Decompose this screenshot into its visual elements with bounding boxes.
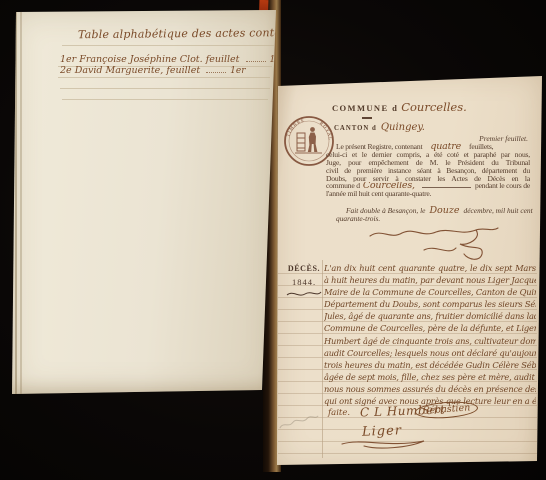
print-text: commune d xyxy=(326,182,360,190)
print-text: pendant le cours de xyxy=(475,182,530,190)
stacked-sheet-edge xyxy=(15,8,17,396)
flourish-icon xyxy=(285,288,323,300)
act-line: L'an dix huit cent quarante quatre, le d… xyxy=(324,263,536,275)
ruled-line xyxy=(62,99,268,100)
preamble-line: l'année mil huit cent quarante-quatre. xyxy=(326,190,530,198)
dotted-leader xyxy=(246,61,266,62)
toc-entry: 1er Françoise Joséphine Clot. feuillet 1… xyxy=(60,54,242,65)
act-line: Département du Doubs, sont comparus les … xyxy=(324,299,536,311)
toc-entry: 2e David Marguerite, feuillet 1er xyxy=(60,65,242,76)
entry-label: feuillet xyxy=(166,65,200,76)
print-text: décembre, mil huit cent xyxy=(464,207,533,215)
commune-label: COMMUNE d xyxy=(332,103,398,113)
hand-word: quatre xyxy=(430,143,461,150)
signature-flourish-icon xyxy=(338,436,428,450)
deces-label: DÉCÈS. xyxy=(284,264,324,273)
canton-value: Quingey. xyxy=(381,122,425,133)
print-text: feuillets, xyxy=(469,143,493,151)
act-line: Maire de la Commune de Courcelles, Canto… xyxy=(324,287,536,299)
act-line: Humbert âgé de cinquante trois ans, cult… xyxy=(324,336,536,348)
canton-label: CANTON d xyxy=(334,125,377,132)
preamble-line: civil de première instance séant à Besan… xyxy=(326,167,530,175)
right-page: TIMBRE ROYAL COMMUNE d Courcelles. CANTO… xyxy=(276,72,544,468)
act-closing-word: faite. xyxy=(328,408,350,418)
preamble-line: commune d Courcelles, pendant le cours d… xyxy=(326,182,530,190)
margin-act-label: DÉCÈS. 1844. xyxy=(284,264,324,305)
hand-word: Courcelles, xyxy=(363,182,415,189)
entry-label: feuillet xyxy=(206,54,240,65)
commune-line: COMMUNE d Courcelles. xyxy=(332,100,467,114)
ruled-line xyxy=(58,77,270,78)
canton-line: CANTON d Quingey. xyxy=(334,122,425,133)
preamble-line: celui-ci et le dernier compris, a été co… xyxy=(326,151,530,159)
stamp-column xyxy=(297,133,305,151)
act-line: Jules, âgé de quarante ans, fruitier dom… xyxy=(324,311,536,323)
stamp-figure xyxy=(308,127,318,152)
folio-note: Premier feuillet. xyxy=(424,134,528,143)
preamble-line: Juge, pour empêchement de M. le Présiden… xyxy=(326,159,530,167)
act-line: âgée de sept mois, fille, chez ses père … xyxy=(324,372,536,384)
print-text: Le présent Registre, contenant xyxy=(326,143,422,151)
entry-folio: 1er xyxy=(230,66,245,76)
hand-word: Douze xyxy=(429,207,459,215)
entry-name: David Marguerite, xyxy=(75,65,164,76)
heading-dash xyxy=(362,117,372,119)
death-act-text: L'an dix huit cent quarante quatre, le d… xyxy=(324,263,536,408)
stacked-sheet-edge xyxy=(20,8,22,396)
preamble-line: Doubs, pour servir à constater les Actes… xyxy=(326,175,530,183)
ruled-line xyxy=(60,88,270,89)
preamble-line: Le présent Registre, contenant quatre fe… xyxy=(326,143,530,151)
blank-rule xyxy=(422,187,471,188)
act-line: nous nous sommes assurés du décès en pré… xyxy=(324,384,536,396)
deces-year: 1844. xyxy=(284,277,324,287)
act-line: trois heures du matin, est décédée Gudin… xyxy=(324,360,536,372)
entry-name: Françoise Joséphine Clot. xyxy=(79,54,202,65)
dotted-leader xyxy=(206,72,226,73)
act-line: Commune de Courcelles, père de la défunt… xyxy=(324,323,536,335)
left-page: Table alphabétique des actes contenus au… xyxy=(8,8,280,396)
printed-preamble: Le présent Registre, contenant quatre fe… xyxy=(326,143,530,198)
commune-value: Courcelles. xyxy=(401,100,467,114)
toc-title: Table alphabétique des actes contenus au… xyxy=(78,26,318,42)
scanned-register-photo: Table alphabétique des actes contenus au… xyxy=(0,0,546,480)
judge-signature xyxy=(364,220,504,264)
ruled-line xyxy=(62,45,274,46)
act-line: audit Courcelles; lesquels nous ont décl… xyxy=(324,348,536,360)
entry-number: 2e xyxy=(60,65,72,76)
act-line: à huit heures du matin, par devant nous … xyxy=(324,275,536,287)
entry-number: 1er xyxy=(60,54,76,65)
